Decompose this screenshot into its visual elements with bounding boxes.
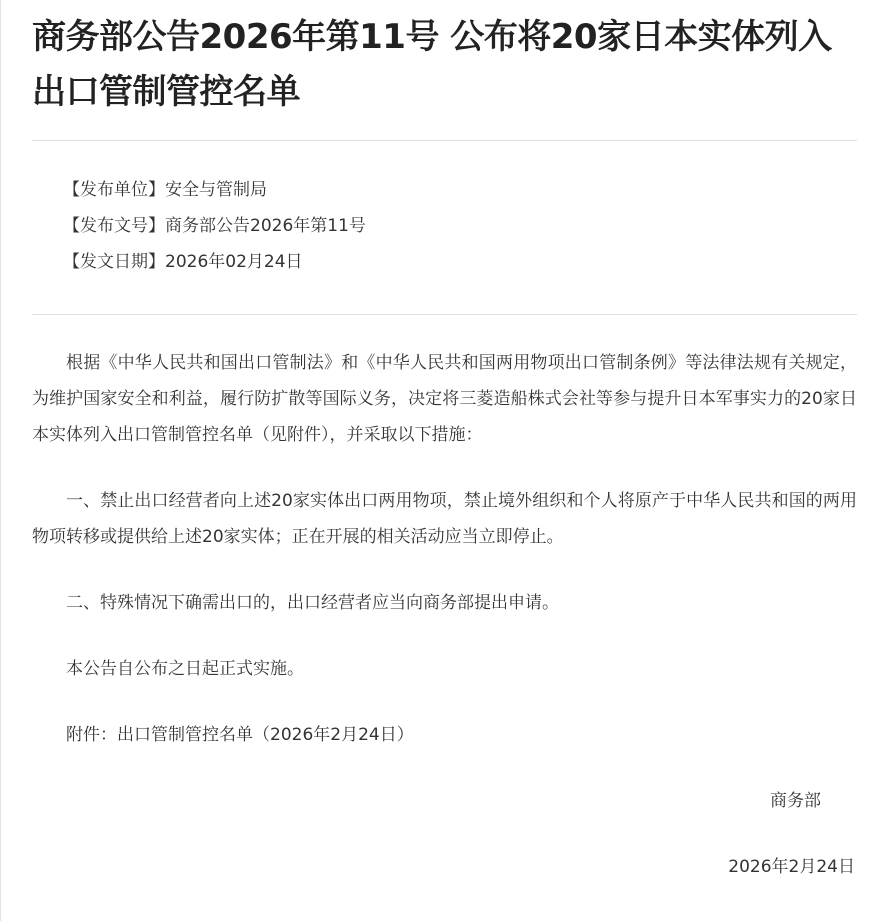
paragraph-measure-1: 一、禁止出口经营者向上述20家实体出口两用物项，禁止境外组织和个人将原产于中华人… <box>32 483 857 555</box>
paragraph-preamble: 根据《中华人民共和国出口管制法》和《中华人民共和国两用物项出口管制条例》等法律法… <box>32 345 857 453</box>
meta-date-value: 2026年02月24日 <box>165 252 303 272</box>
meta-date-label: 【发文日期】 <box>63 252 165 272</box>
article-title: 商务部公告2026年第11号 公布将20家日本实体列入出口管制管控名单 <box>32 0 857 120</box>
meta-publishing-unit: 【发布单位】安全与管制局 <box>63 172 857 208</box>
meta-issue-date: 【发文日期】2026年02月24日 <box>63 244 857 280</box>
signature-organization: 商务部 <box>32 783 857 819</box>
signature-date: 2026年2月24日 <box>32 849 857 885</box>
meta-doc-no-value: 商务部公告2026年第11号 <box>165 216 366 236</box>
article-body: 根据《中华人民共和国出口管制法》和《中华人民共和国两用物项出口管制条例》等法律法… <box>32 315 857 885</box>
meta-unit-label: 【发布单位】 <box>63 180 165 200</box>
attachment-label: 附件： <box>66 725 117 745</box>
attachment-link[interactable]: 出口管制管控名单（2026年2月24日） <box>117 725 414 745</box>
article-meta: 【发布单位】安全与管制局 【发布文号】商务部公告2026年第11号 【发文日期】… <box>32 141 857 314</box>
article: 商务部公告2026年第11号 公布将20家日本实体列入出口管制管控名单 【发布单… <box>32 0 857 885</box>
paragraph-attachment: 附件：出口管制管控名单（2026年2月24日） <box>32 717 857 753</box>
meta-doc-no-label: 【发布文号】 <box>63 216 165 236</box>
meta-document-number: 【发布文号】商务部公告2026年第11号 <box>63 208 857 244</box>
paragraph-effective-date: 本公告自公布之日起正式实施。 <box>32 651 857 687</box>
paragraph-measure-2: 二、特殊情况下确需出口的，出口经营者应当向商务部提出申请。 <box>32 585 857 621</box>
meta-unit-value: 安全与管制局 <box>165 180 267 200</box>
page-left-border <box>0 0 1 921</box>
